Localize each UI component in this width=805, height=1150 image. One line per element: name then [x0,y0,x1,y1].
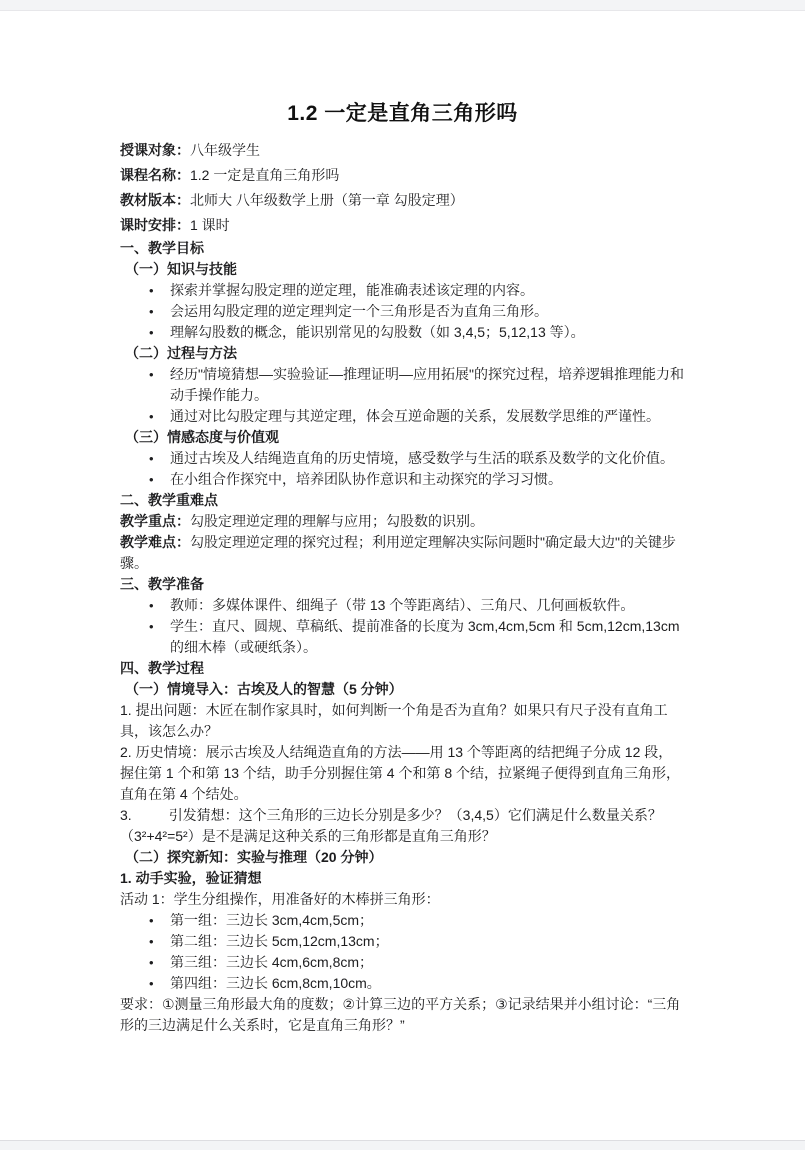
labeled-paragraph: 教学难点：勾股定理逆定理的探究过程；利用逆定理解决实际问题时"确定最大边"的关键… [120,532,685,574]
labeled-paragraph: 教学重点：勾股定理逆定理的理解与应用；勾股数的识别。 [120,511,685,532]
bullet-icon: • [149,616,154,637]
bullet-item: •通过对比勾股定理与其逆定理，体会互逆命题的关系，发展数学思维的严谨性。 [120,406,685,427]
field-label: 教学重点： [120,513,190,529]
bullet-text: 第四组：三边长 6cm,8cm,10cm。 [170,975,381,991]
bullet-text: 会运用勾股定理的逆定理判定一个三角形是否为直角三角形。 [170,303,548,319]
field-value: 1.2 一定是直角三角形吗 [190,167,339,183]
bullet-icon: • [149,973,154,994]
bullet-item: •会运用勾股定理的逆定理判定一个三角形是否为直角三角形。 [120,301,685,322]
paragraph: 1. 提出问题：木匠在制作家具时，如何判断一个角是否为直角？如果只有尺子没有直角… [120,700,685,742]
paragraph: 要求：①测量三角形最大角的度数；②计算三边的平方关系；③记录结果并小组讨论：“三… [120,994,685,1036]
paragraph: 活动 1：学生分组操作，用准备好的木棒拼三角形： [120,889,685,910]
bullet-icon: • [149,952,154,973]
bullet-text: 经历"情境猜想—实验验证—推理证明—应用拓展"的探究过程，培养逻辑推理能力和动手… [170,366,684,403]
section-heading: 二、教学重难点 [120,490,685,511]
subsection-heading: （二）过程与方法 [120,343,685,364]
field-value: 八年级学生 [190,142,260,158]
subsection-heading: （二）探究新知：实验与推理（20 分钟） [120,847,685,868]
bullet-item: •在小组合作探究中，培养团队协作意识和主动探究的学习习惯。 [120,469,685,490]
bullet-icon: • [149,448,154,469]
bullet-item: •学生：直尺、圆规、草稿纸、提前准备的长度为 3cm,4cm,5cm 和 5cm… [120,616,685,658]
document-body: 授课对象：八年级学生课程名称：1.2 一定是直角三角形吗教材版本：北师大 八年级… [120,138,685,1036]
meta-line: 课程名称：1.2 一定是直角三角形吗 [120,163,685,188]
paragraph: 2. 历史情境：展示古埃及人结绳造直角的方法——用 13 个等距离的结把绳子分成… [120,742,685,805]
bullet-icon: • [149,322,154,343]
meta-line: 课时安排：1 课时 [120,213,685,238]
section-heading: 三、教学准备 [120,574,685,595]
numbered-paragraph: 3.引发猜想：这个三角形的三边长分别是多少？（3,4,5）它们满足什么数量关系？… [120,805,685,847]
bullet-item: •探索并掌握勾股定理的逆定理，能准确表述该定理的内容。 [120,280,685,301]
bullet-icon: • [149,301,154,322]
section-heading: 四、教学过程 [120,658,685,679]
bullet-text: 通过古埃及人结绳造直角的历史情境，感受数学与生活的联系及数学的文化价值。 [170,450,674,466]
field-label: 授课对象： [120,142,190,158]
bullet-text: 通过对比勾股定理与其逆定理，体会互逆命题的关系，发展数学思维的严谨性。 [170,408,660,424]
bullet-text: 学生：直尺、圆规、草稿纸、提前准备的长度为 3cm,4cm,5cm 和 5cm,… [170,618,680,655]
bullet-text: 理解勾股数的概念，能识别常见的勾股数（如 3,4,5；5,12,13 等）。 [170,324,585,340]
bullet-icon: • [149,910,154,931]
field-value: 北师大 八年级数学上册（第一章 勾股定理） [190,192,464,208]
subsection-heading: （一）知识与技能 [120,259,685,280]
bullet-icon: • [149,364,154,385]
bullet-icon: • [149,406,154,427]
bullet-item: •通过古埃及人结绳造直角的历史情境，感受数学与生活的联系及数学的文化价值。 [120,448,685,469]
bullet-text: 第一组：三边长 3cm,4cm,5cm； [170,912,373,928]
paragraph-number: 3. [120,807,132,823]
meta-line: 教材版本：北师大 八年级数学上册（第一章 勾股定理） [120,188,685,213]
field-value: 勾股定理逆定理的探究过程；利用逆定理解决实际问题时"确定最大边"的关键步骤。 [120,534,676,571]
meta-line: 授课对象：八年级学生 [120,138,685,163]
bullet-icon: • [149,280,154,301]
document-page: 1.2 一定是直角三角形吗 授课对象：八年级学生课程名称：1.2 一定是直角三角… [0,10,805,1141]
field-value: 勾股定理逆定理的理解与应用；勾股数的识别。 [190,513,484,529]
bullet-icon: • [149,469,154,490]
bullet-item: •教师：多媒体课件、细绳子（带 13 个等距离结）、三角尺、几何画板软件。 [120,595,685,616]
bullet-text: 第二组：三边长 5cm,12cm,13cm； [170,933,389,949]
field-value: 1 课时 [190,217,230,233]
document-content: 1.2 一定是直角三角形吗 授课对象：八年级学生课程名称：1.2 一定是直角三角… [0,11,805,1036]
field-label: 教材版本： [120,192,190,208]
field-label: 课时安排： [120,217,190,233]
bullet-item: •理解勾股数的概念，能识别常见的勾股数（如 3,4,5；5,12,13 等）。 [120,322,685,343]
paragraph-text: 引发猜想：这个三角形的三边长分别是多少？（3,4,5）它们满足什么数量关系？（3… [120,807,662,844]
bullet-text: 在小组合作探究中，培养团队协作意识和主动探究的学习习惯。 [170,471,562,487]
field-label: 教学难点： [120,534,190,550]
bullet-icon: • [149,595,154,616]
bullet-item: •第二组：三边长 5cm,12cm,13cm； [120,931,685,952]
bullet-text: 探索并掌握勾股定理的逆定理，能准确表述该定理的内容。 [170,282,534,298]
bullet-icon: • [149,931,154,952]
bullet-item: •第一组：三边长 3cm,4cm,5cm； [120,910,685,931]
bullet-item: •第三组：三边长 4cm,6cm,8cm； [120,952,685,973]
document-title: 1.2 一定是直角三角形吗 [120,99,685,129]
section-heading: 一、教学目标 [120,238,685,259]
subsection-heading: （三）情感态度与价值观 [120,427,685,448]
subsection-heading: （一）情境导入：古埃及人的智慧（5 分钟） [120,679,685,700]
bullet-item: •经历"情境猜想—实验验证—推理证明—应用拓展"的探究过程，培养逻辑推理能力和动… [120,364,685,406]
field-label: 课程名称： [120,167,190,183]
bullet-text: 教师：多媒体课件、细绳子（带 13 个等距离结）、三角尺、几何画板软件。 [170,597,634,613]
sub-subsection-heading: 1. 动手实验，验证猜想 [120,868,685,889]
bullet-item: •第四组：三边长 6cm,8cm,10cm。 [120,973,685,994]
bullet-text: 第三组：三边长 4cm,6cm,8cm； [170,954,373,970]
